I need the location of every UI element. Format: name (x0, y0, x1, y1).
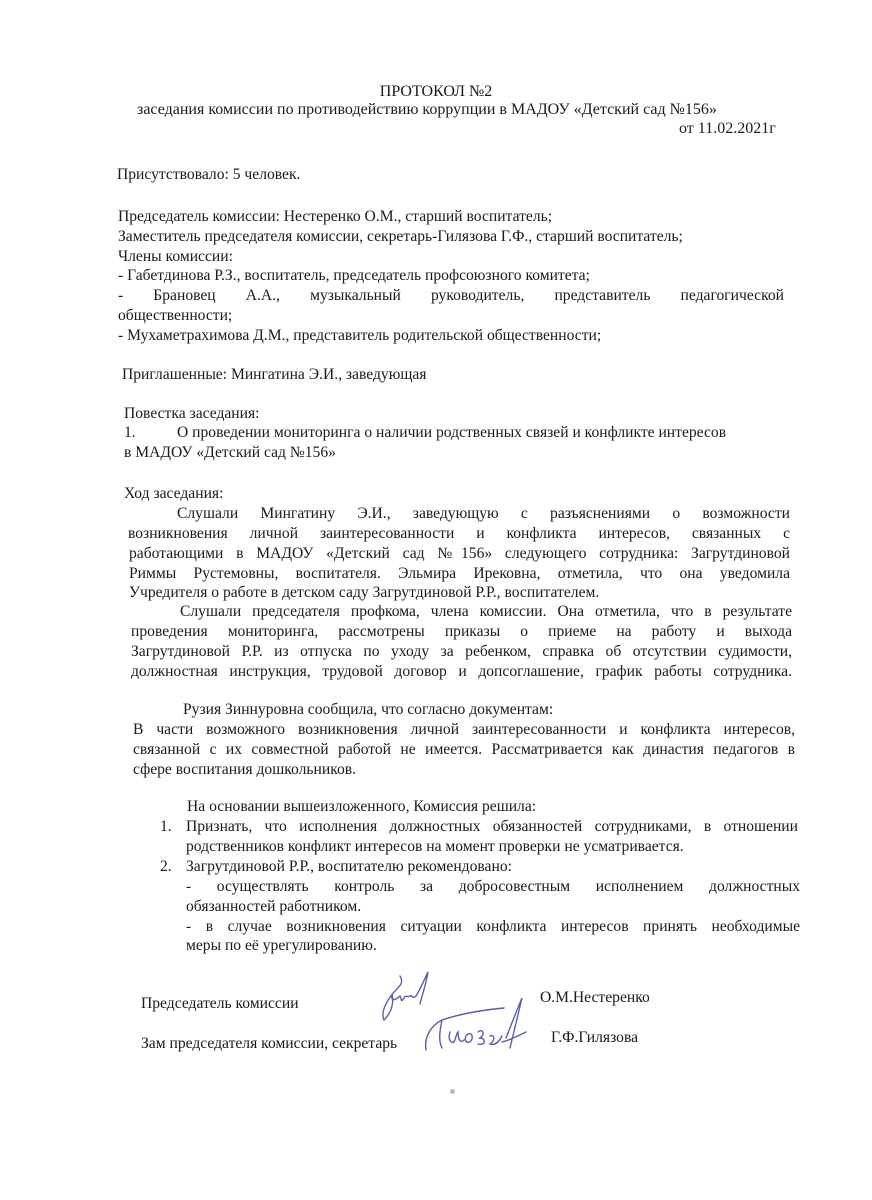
document-subtitle: заседания комиссии по противодействию ко… (137, 100, 717, 121)
decision-subitem: - осуществлять контроль за добросовестны… (186, 877, 800, 898)
signature-name-chair: О.М.Нестеренко (540, 988, 650, 1009)
scan-artifact-dot (450, 1089, 455, 1094)
decision-item-number: 1. (160, 817, 172, 838)
decision-item-text: Загрутдиновой Р.Р., воспитателю рекоменд… (186, 857, 512, 878)
attendance: Присутствовало: 5 человек. (117, 165, 300, 186)
proceedings-p1-line: Учредителя о работе в детском саду Загру… (129, 583, 599, 604)
decision-subitem-cont: обязанностей работником. (186, 897, 361, 918)
proceedings-p2-line: Загрутдиновой Р.Р. из отпуска по уходу з… (131, 642, 792, 663)
proceedings-p1-line: работающими в МАДОУ «Детский сад №156» с… (129, 544, 790, 565)
member-item-cont: общественности; (118, 306, 232, 327)
member-item: - Габетдинова Р.З., воспитатель, председ… (118, 266, 590, 287)
decision-item-number: 2. (160, 857, 172, 878)
member-item: - Брановец А.А., музыкальный руководител… (118, 286, 784, 307)
decision-item-text: Признать, что исполнения должностных обя… (186, 817, 798, 838)
proceedings-p3-line: связанной с их совместной работой не име… (133, 740, 795, 761)
document-page: ПРОТОКОЛ №2 заседания комиссии по против… (0, 0, 872, 1200)
proceedings-p1-line: Слушали Мингатину Э.И., заведующую с раз… (177, 504, 790, 525)
invited: Приглашенные: Мингатина Э.И., заведующая (122, 365, 426, 386)
proceedings-p3-line: В части возможного возникновения личной … (133, 720, 795, 741)
proceedings-p2-line: должностная инструкция, трудовой договор… (131, 662, 792, 683)
member-item: - Мухаметрахимова Д.М., представитель ро… (118, 326, 601, 347)
signature-role-chair: Председатель комиссии (141, 994, 299, 1015)
decision-subitem-cont: меры по её урегулированию. (186, 936, 377, 957)
document-date: от 11.02.2021г (679, 119, 776, 140)
proceedings-p1-line: возникновения личной заинтересованности … (128, 524, 790, 545)
proceedings-p3-line: сфере воспитания дошкольников. (133, 760, 356, 781)
proceedings-p3-intro: Рузия Зиннуровна сообщила, что согласно … (183, 700, 553, 721)
signature-secretary-handwriting (420, 992, 530, 1054)
members-label: Члены комиссии: (118, 247, 233, 268)
commission-chair: Председатель комиссии: Нестеренко О.М., … (118, 207, 552, 228)
agenda-label: Повестка заседания: (124, 404, 260, 425)
agenda-item-text-cont: в МАДОУ «Детский сад №156» (124, 443, 336, 464)
proceedings-p2-line: проведения мониторинга, рассмотрены прик… (131, 622, 792, 643)
signature-role-secretary: Зам председателя комиссии, секретарь (141, 1034, 397, 1055)
decision-item-text-cont: родственников конфликт интересов на моме… (186, 837, 684, 858)
decision-subitem: - в случае возникновения ситуации конфли… (186, 917, 800, 938)
proceedings-p1-line: Риммы Рустемовны, воспитателя. Эльмира И… (129, 564, 790, 585)
proceedings-p2-line: Слушали председателя профкома, члена ком… (180, 602, 792, 623)
agenda-item-number: 1. (124, 423, 136, 444)
commission-deputy: Заместитель председателя комиссии, секре… (118, 227, 683, 248)
signature-name-secretary: Г.Ф.Гилязова (551, 1028, 638, 1049)
agenda-item-text: О проведении мониторинга о наличии родст… (177, 423, 726, 444)
decision-intro: На основании вышеизложенного, Комиссия р… (187, 797, 536, 818)
proceedings-label: Ход заседания: (124, 484, 223, 505)
